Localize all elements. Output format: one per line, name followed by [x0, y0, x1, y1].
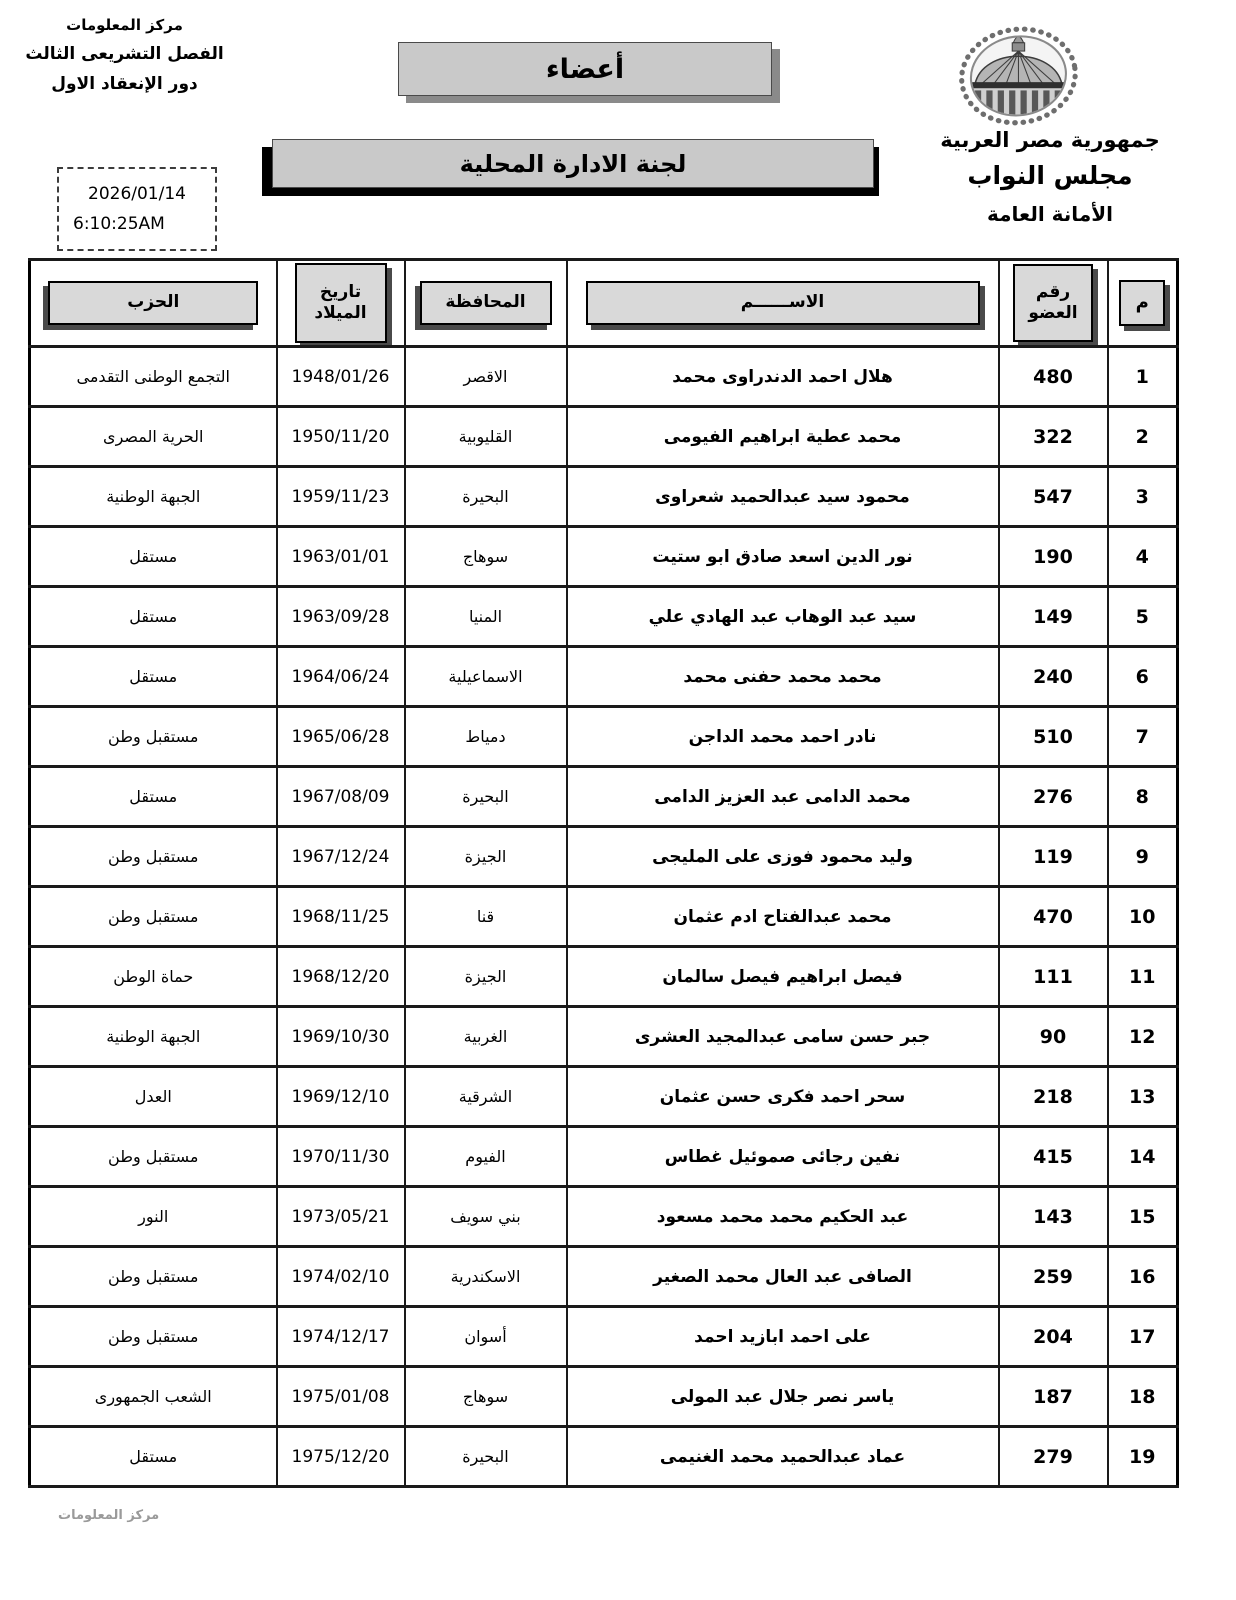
cell-name: وليد محمود فوزى على المليجى — [567, 827, 999, 887]
table-row: 1290جبر حسن سامى عبدالمجيد العشرىالغربية… — [30, 1007, 1178, 1067]
cell-member_no: 90 — [999, 1007, 1108, 1067]
cell-governorate: الاقصر — [405, 347, 567, 407]
member-table-body: 1480هلال احمد الدندراوى محمدالاقصر1948/0… — [30, 347, 1178, 1487]
general-secretariat-label: الأمانة العامة — [890, 202, 1210, 226]
info-center-label: مركز المعلومات — [22, 16, 227, 34]
document-page: مركز المعلومات الفصل التشريعى الثالث دور… — [0, 0, 1236, 1600]
print-date: 2026/01/14 — [59, 184, 215, 204]
legislative-term-label: الفصل التشريعى الثالث — [22, 44, 227, 64]
cell-governorate: البحيرة — [405, 767, 567, 827]
cell-party: مستقبل وطن — [30, 1247, 277, 1307]
cell-index: 6 — [1108, 647, 1178, 707]
cell-index: 9 — [1108, 827, 1178, 887]
cell-member_no: 240 — [999, 647, 1108, 707]
session-label: دور الإنعقاد الاول — [22, 74, 227, 94]
members-table: م رقم العضو الاســــــم المحافظة تاريخ ا… — [28, 258, 1179, 1488]
cell-name: محمد محمد حفنى محمد — [567, 647, 999, 707]
table-row: 19279عماد عبدالحميد محمد الغنيمىالبحيرة1… — [30, 1427, 1178, 1487]
cell-index: 11 — [1108, 947, 1178, 1007]
cell-governorate: سوهاج — [405, 1367, 567, 1427]
cell-governorate: بني سويف — [405, 1187, 567, 1247]
table-row: 1480هلال احمد الدندراوى محمدالاقصر1948/0… — [30, 347, 1178, 407]
cell-name: سيد عبد الوهاب عبد الهادي علي — [567, 587, 999, 647]
cell-birth_date: 1975/12/20 — [277, 1427, 405, 1487]
cell-member_no: 259 — [999, 1247, 1108, 1307]
info-center-block: مركز المعلومات الفصل التشريعى الثالث دور… — [22, 16, 227, 94]
cell-member_no: 190 — [999, 527, 1108, 587]
header-name-box: الاســــــم — [586, 281, 980, 325]
table-row: 3547محمود سيد عبدالحميد شعراوىالبحيرة195… — [30, 467, 1178, 527]
table-row: 2322محمد عطية ابراهيم الفيومىالقليوبية19… — [30, 407, 1178, 467]
cell-index: 4 — [1108, 527, 1178, 587]
cell-party: مستقل — [30, 1427, 277, 1487]
table-row: 4190نور الدين اسعد صادق ابو ستيتسوهاج196… — [30, 527, 1178, 587]
cell-name: محمد الدامى عبد العزيز الدامى — [567, 767, 999, 827]
cell-party: الجبهة الوطنية — [30, 1007, 277, 1067]
cell-party: التجمع الوطنى التقدمى — [30, 347, 277, 407]
cell-member_no: 276 — [999, 767, 1108, 827]
cell-party: مستقبل وطن — [30, 887, 277, 947]
cell-name: عماد عبدالحميد محمد الغنيمى — [567, 1427, 999, 1487]
cell-party: مستقل — [30, 647, 277, 707]
cell-party: مستقبل وطن — [30, 707, 277, 767]
table-row: 11111فيصل ابراهيم فيصل سالمانالجيزة1968/… — [30, 947, 1178, 1007]
cell-member_no: 204 — [999, 1307, 1108, 1367]
cell-member_no: 279 — [999, 1427, 1108, 1487]
cell-birth_date: 1965/06/28 — [277, 707, 405, 767]
cell-party: مستقل — [30, 587, 277, 647]
cell-name: عبد الحكيم محمد محمد مسعود — [567, 1187, 999, 1247]
cell-party: مستقل — [30, 527, 277, 587]
cell-birth_date: 1974/12/17 — [277, 1307, 405, 1367]
cell-birth_date: 1964/06/24 — [277, 647, 405, 707]
cell-party: الجبهة الوطنية — [30, 467, 277, 527]
organisation-block: جمهورية مصر العربية مجلس النواب الأمانة … — [890, 128, 1210, 226]
cell-governorate: الجيزة — [405, 827, 567, 887]
cell-name: محمد عطية ابراهيم الفيومى — [567, 407, 999, 467]
table-row: 7510نادر احمد محمد الداجندمياط1965/06/28… — [30, 707, 1178, 767]
cell-party: مستقبل وطن — [30, 827, 277, 887]
cell-index: 8 — [1108, 767, 1178, 827]
cell-index: 15 — [1108, 1187, 1178, 1247]
cell-index: 19 — [1108, 1427, 1178, 1487]
table-row: 17204على احمد ابازيد احمدأسوان1974/12/17… — [30, 1307, 1178, 1367]
cell-member_no: 119 — [999, 827, 1108, 887]
header-index: م — [1108, 260, 1178, 347]
committee-title-box: لجنة الادارة المحلية — [272, 139, 874, 188]
cell-name: نور الدين اسعد صادق ابو ستيت — [567, 527, 999, 587]
cell-name: نادر احمد محمد الداجن — [567, 707, 999, 767]
header-member-no-box: رقم العضو — [1013, 264, 1093, 342]
table-header-row: م رقم العضو الاســــــم المحافظة تاريخ ا… — [30, 260, 1178, 347]
cell-governorate: البحيرة — [405, 1427, 567, 1487]
cell-birth_date: 1950/11/20 — [277, 407, 405, 467]
cell-governorate: الاسماعيلية — [405, 647, 567, 707]
cell-governorate: دمياط — [405, 707, 567, 767]
cell-party: مستقبل وطن — [30, 1307, 277, 1367]
cell-index: 13 — [1108, 1067, 1178, 1127]
cell-governorate: الشرقية — [405, 1067, 567, 1127]
header-party-box: الحزب — [48, 281, 258, 325]
cell-governorate: الفيوم — [405, 1127, 567, 1187]
cell-member_no: 187 — [999, 1367, 1108, 1427]
cell-governorate: سوهاج — [405, 527, 567, 587]
cell-party: النور — [30, 1187, 277, 1247]
cell-member_no: 480 — [999, 347, 1108, 407]
cell-index: 3 — [1108, 467, 1178, 527]
cell-birth_date: 1974/02/10 — [277, 1247, 405, 1307]
table-row: 18187ياسر نصر جلال عبد المولىسوهاج1975/0… — [30, 1367, 1178, 1427]
cell-party: حماة الوطن — [30, 947, 277, 1007]
cell-party: مستقل — [30, 767, 277, 827]
cell-governorate: الاسكندرية — [405, 1247, 567, 1307]
header-name: الاســــــم — [567, 260, 999, 347]
cell-party: الحرية المصرى — [30, 407, 277, 467]
cell-index: 2 — [1108, 407, 1178, 467]
header-index-box: م — [1119, 280, 1165, 326]
cell-name: على احمد ابازيد احمد — [567, 1307, 999, 1367]
cell-governorate: المنيا — [405, 587, 567, 647]
cell-name: جبر حسن سامى عبدالمجيد العشرى — [567, 1007, 999, 1067]
cell-name: محمود سيد عبدالحميد شعراوى — [567, 467, 999, 527]
parliament-dome-logo-icon — [950, 20, 1090, 136]
cell-member_no: 470 — [999, 887, 1108, 947]
table-row: 8276محمد الدامى عبد العزيز الدامىالبحيرة… — [30, 767, 1178, 827]
cell-governorate: الجيزة — [405, 947, 567, 1007]
cell-name: هلال احمد الدندراوى محمد — [567, 347, 999, 407]
cell-birth_date: 1973/05/21 — [277, 1187, 405, 1247]
cell-index: 5 — [1108, 587, 1178, 647]
cell-name: ياسر نصر جلال عبد المولى — [567, 1367, 999, 1427]
cell-birth_date: 1963/09/28 — [277, 587, 405, 647]
cell-birth_date: 1967/08/09 — [277, 767, 405, 827]
cell-birth_date: 1970/11/30 — [277, 1127, 405, 1187]
datetime-box: 2026/01/14 6:10:25AM — [57, 167, 217, 251]
cell-index: 17 — [1108, 1307, 1178, 1367]
members-title-box: أعضاء — [398, 42, 772, 96]
house-of-representatives-label: مجلس النواب — [890, 161, 1210, 190]
header-party: الحزب — [30, 260, 277, 347]
cell-index: 1 — [1108, 347, 1178, 407]
table-row: 16259الصافى عبد العال محمد الصغيرالاسكند… — [30, 1247, 1178, 1307]
header-governorate: المحافظة — [405, 260, 567, 347]
header-governorate-box: المحافظة — [420, 281, 552, 325]
table-row: 15143عبد الحكيم محمد محمد مسعودبني سويف1… — [30, 1187, 1178, 1247]
cell-governorate: قنا — [405, 887, 567, 947]
cell-governorate: البحيرة — [405, 467, 567, 527]
table-row: 5149سيد عبد الوهاب عبد الهادي عليالمنيا1… — [30, 587, 1178, 647]
cell-birth_date: 1967/12/24 — [277, 827, 405, 887]
cell-member_no: 218 — [999, 1067, 1108, 1127]
table-row: 9119وليد محمود فوزى على المليجىالجيزة196… — [30, 827, 1178, 887]
cell-birth_date: 1968/11/25 — [277, 887, 405, 947]
cell-party: العدل — [30, 1067, 277, 1127]
table-row: 13218سحر احمد فكرى حسن عثمانالشرقية1969/… — [30, 1067, 1178, 1127]
cell-governorate: الغربية — [405, 1007, 567, 1067]
cell-name: محمد عبدالفتاح ادم عثمان — [567, 887, 999, 947]
cell-index: 18 — [1108, 1367, 1178, 1427]
footer-note: مركز المعلومات — [58, 1508, 159, 1523]
print-time: 6:10:25AM — [59, 214, 215, 234]
table-row: 14415نفين رجائى صموئيل غطاسالفيوم1970/11… — [30, 1127, 1178, 1187]
cell-birth_date: 1969/10/30 — [277, 1007, 405, 1067]
table-row: 6240محمد محمد حفنى محمدالاسماعيلية1964/0… — [30, 647, 1178, 707]
cell-member_no: 149 — [999, 587, 1108, 647]
cell-index: 7 — [1108, 707, 1178, 767]
cell-member_no: 111 — [999, 947, 1108, 1007]
header-birth-date-box: تاريخ الميلاد — [295, 263, 387, 343]
cell-index: 14 — [1108, 1127, 1178, 1187]
cell-name: نفين رجائى صموئيل غطاس — [567, 1127, 999, 1187]
cell-birth_date: 1969/12/10 — [277, 1067, 405, 1127]
header-member-no: رقم العضو — [999, 260, 1108, 347]
table-row: 10470محمد عبدالفتاح ادم عثمانقنا1968/11/… — [30, 887, 1178, 947]
cell-birth_date: 1959/11/23 — [277, 467, 405, 527]
cell-member_no: 143 — [999, 1187, 1108, 1247]
cell-governorate: أسوان — [405, 1307, 567, 1367]
cell-birth_date: 1948/01/26 — [277, 347, 405, 407]
cell-governorate: القليوبية — [405, 407, 567, 467]
cell-index: 12 — [1108, 1007, 1178, 1067]
cell-name: فيصل ابراهيم فيصل سالمان — [567, 947, 999, 1007]
cell-member_no: 322 — [999, 407, 1108, 467]
cell-name: الصافى عبد العال محمد الصغير — [567, 1247, 999, 1307]
header-birth-date: تاريخ الميلاد — [277, 260, 405, 347]
cell-party: الشعب الجمهورى — [30, 1367, 277, 1427]
cell-birth_date: 1975/01/08 — [277, 1367, 405, 1427]
cell-birth_date: 1968/12/20 — [277, 947, 405, 1007]
cell-name: سحر احمد فكرى حسن عثمان — [567, 1067, 999, 1127]
republic-label: جمهورية مصر العربية — [890, 128, 1210, 152]
cell-member_no: 510 — [999, 707, 1108, 767]
cell-party: مستقبل وطن — [30, 1127, 277, 1187]
cell-index: 16 — [1108, 1247, 1178, 1307]
cell-index: 10 — [1108, 887, 1178, 947]
cell-member_no: 547 — [999, 467, 1108, 527]
cell-birth_date: 1963/01/01 — [277, 527, 405, 587]
cell-member_no: 415 — [999, 1127, 1108, 1187]
